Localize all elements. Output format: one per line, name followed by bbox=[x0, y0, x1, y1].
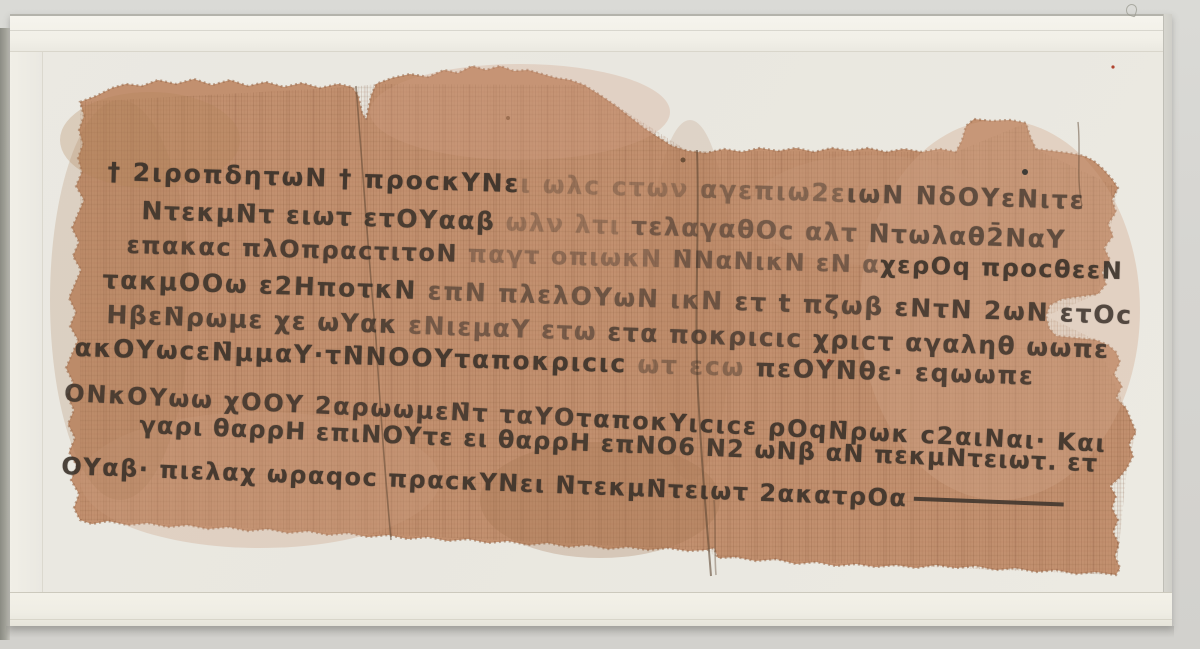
photo-background: † 2ιροπδητωΝ † προcκΥΝει ωλϲ ϲτων αγεπιω… bbox=[0, 0, 1200, 649]
papyrus-shape-group bbox=[50, 64, 1140, 576]
papyrus-fragment bbox=[0, 0, 1200, 649]
